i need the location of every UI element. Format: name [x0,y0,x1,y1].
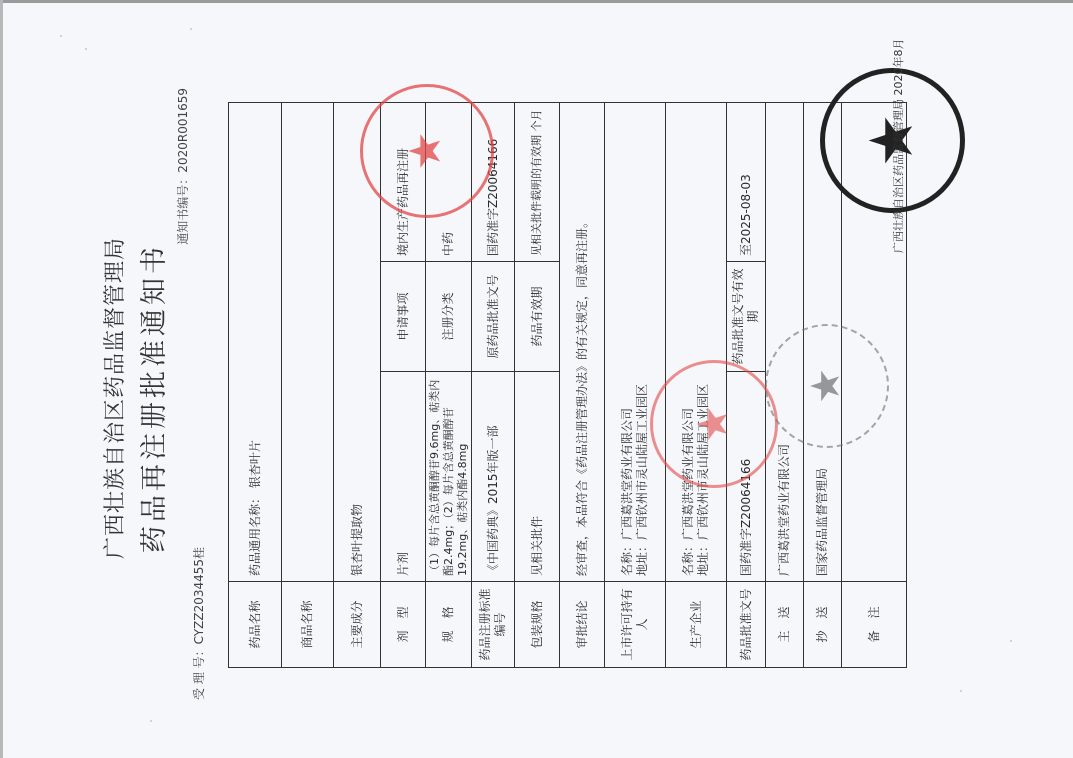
approval-number-value: 国药准字Z20064166 [727,372,766,582]
address-value: 广西钦州市灵山陆屋工业园区 [696,384,710,540]
application-item-value: 境内生产药品再注册 [381,103,426,262]
registration-table: 药品名称 药品通用名称： 银杏叶片 商品名称 主要成分 银杏叶提取物 剂 型 片… [228,102,907,668]
dosage-form-label: 剂 型 [381,582,426,668]
name-label: 名称： [681,540,695,576]
main-ingredient-label: 主要成分 [334,582,381,668]
packaging-value: 见相关批件 [515,372,560,582]
scan-speckle [60,35,62,37]
license-holder-address: 地址：广西钦州市灵山陆屋工业园区 [635,108,650,576]
approval-number-label: 药品批准文号 [727,582,766,668]
remarks-label: 备 注 [842,582,907,668]
authority-seal-date: 2020年8月 [892,39,905,96]
manufacturer-label: 生产企业 [666,582,727,668]
table-row-approval-number: 药品批准文号 国药准字Z20064166 药品批准文号有效期 至2025-08-… [727,103,766,668]
table-row-dosage-form: 剂 型 片剂 申请事项 境内生产药品再注册 [381,103,426,668]
table-row-manufacturer: 生产企业 名称：广西葛洪堂药业有限公司 地址：广西钦州市灵山陆屋工业园区 [666,103,727,668]
table-row-specification: 规 格 （1）每片含总黄酮醇苷9.6mg、萜类内酯2.4mg；（2）每片含总黄酮… [426,103,472,668]
generic-name-value: 银杏叶片 [248,440,262,488]
application-item-label: 申请事项 [381,262,426,372]
acceptance-number-label: 受 理 号： [192,644,206,700]
scan-speckle [1010,640,1012,642]
trade-name-label: 商品名称 [282,582,334,668]
name-label: 名称： [620,540,634,576]
main-ingredient-value: 银杏叶提取物 [334,103,381,582]
specification-label: 规 格 [426,582,472,668]
scan-speckle [85,48,87,50]
cc-value: 国家药品监督管理局 [804,103,842,582]
table-row-drug-name: 药品名称 药品通用名称： 银杏叶片 [229,103,282,668]
scan-edge-left [0,0,3,758]
specification-value: （1）每片含总黄酮醇苷9.6mg、萜类内酯2.4mg；（2）每片含总黄酮醇苷19… [426,372,472,582]
dosage-form-value: 片剂 [381,372,426,582]
packaging-label: 包装规格 [515,582,560,668]
conclusion-label: 审批结论 [560,582,605,668]
table-row-cc: 抄 送 国家药品监督管理局 [804,103,842,668]
scan-speckle [960,690,962,692]
notice-number: 通知书编号：2020R001659 [174,88,191,245]
manufacturer-address: 地址：广西钦州市灵山陆屋工业园区 [696,108,711,576]
acceptance-number-value: CYZZ2034455桂 [192,547,206,644]
authority-seal-caption: 广西壮族自治区药品监督管理局 2020年8月 [890,39,906,254]
address-label: 地址： [696,540,710,576]
table-row-license-holder: 上市许可持有人 名称：广西葛洪堂药业有限公司 地址：广西钦州市灵山陆屋工业园区 [605,103,666,668]
issuing-organization: 广西壮族自治区药品监督管理局 [98,78,129,718]
standard-value: 《中国药典》2015年版一部 [472,372,515,582]
manufacturer-value: 名称：广西葛洪堂药业有限公司 地址：广西钦州市灵山陆屋工业园区 [666,103,727,582]
manufacturer-name: 名称：广西葛洪堂药业有限公司 [681,108,696,576]
license-holder-value: 名称：广西葛洪堂药业有限公司 地址：广西钦州市灵山陆屋工业园区 [605,103,666,582]
main-recipient-label: 主 送 [766,582,804,668]
authority-seal-text: 广西壮族自治区药品监督管理局 [892,99,905,253]
license-holder-label: 上市许可持有人 [605,582,666,668]
notice-number-value: 2020R001659 [176,88,190,173]
approval-validity-label: 药品批准文号有效期 [727,262,766,372]
address-label: 地址： [635,540,649,576]
shelf-life-label: 药品有效期 [515,262,560,372]
name-value: 广西葛洪堂药业有限公司 [620,408,634,540]
approval-validity-value: 至2025-08-03 [727,103,766,262]
trade-name-value [282,103,334,582]
name-value: 广西葛洪堂药业有限公司 [681,408,695,540]
notice-number-label: 通知书编号： [176,173,190,245]
address-value: 广西钦州市灵山陆屋工业园区 [635,384,649,540]
drug-name-value: 药品通用名称： 银杏叶片 [229,103,282,582]
scan-speckle [150,720,152,722]
drug-name-label: 药品名称 [229,582,282,668]
main-recipient-value: 广西葛洪堂药业有限公司 [766,103,804,582]
shelf-life-value: 见相关批件载明的有效期 个月 [515,103,560,262]
registration-category-value: 中药 [426,103,472,262]
standard-label: 药品注册标准编号 [472,582,515,668]
conclusion-value: 经审查，本品符合《药品注册管理办法》的有关规定，同意再注册。 [560,103,605,582]
table-row-trade-name: 商品名称 [282,103,334,668]
license-holder-name: 名称：广西葛洪堂药业有限公司 [620,108,635,576]
original-approval-number-value: 国药准字Z20064166 [472,103,515,262]
cc-label: 抄 送 [804,582,842,668]
approval-notice-document: 广西壮族自治区药品监督管理局 药品再注册批准通知书 受 理 号：CYZZ2034… [90,78,910,718]
table-row-standard: 药品注册标准编号 《中国药典》2015年版一部 原药品批准文号 国药准字Z200… [472,103,515,668]
generic-name-label: 药品通用名称： [248,492,262,576]
registration-category-label: 注册分类 [426,262,472,372]
table-row-conclusion: 审批结论 经审查，本品符合《药品注册管理办法》的有关规定，同意再注册。 [560,103,605,668]
scan-speckle [190,28,192,30]
table-row-main-recipient: 主 送 广西葛洪堂药业有限公司 [766,103,804,668]
table-row-main-ingredient: 主要成分 银杏叶提取物 [334,103,381,668]
scan-edge-top [0,0,1073,3]
document-title: 药品再注册批准通知书 [132,78,171,718]
table-row-packaging: 包装规格 见相关批件 药品有效期 见相关批件载明的有效期 个月 [515,103,560,668]
original-approval-number-label: 原药品批准文号 [472,262,515,372]
acceptance-number: 受 理 号：CYZZ2034455桂 [190,547,207,700]
